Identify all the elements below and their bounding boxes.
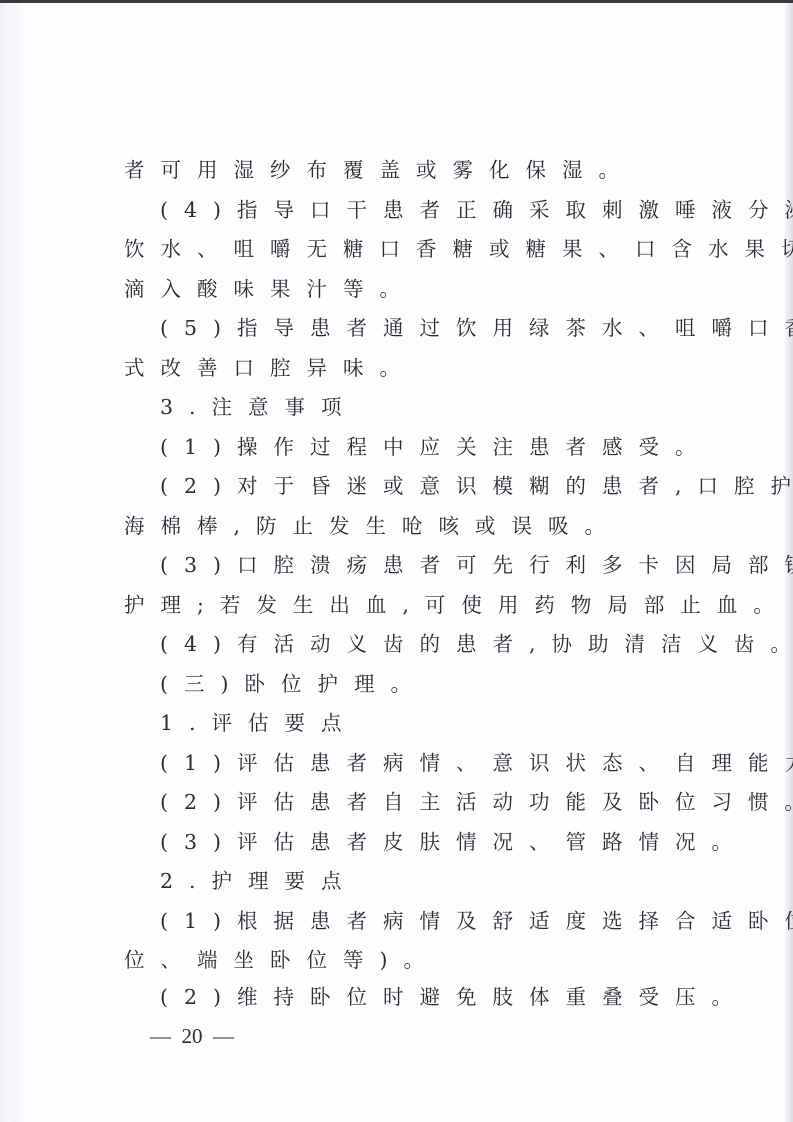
page-number: — 20 — [150, 1021, 234, 1051]
text-line-assessment-3: (3)评估患者皮肤情况、管路情况。 [160, 827, 760, 857]
text-line-item-4: (4)指导口干患者正确采取刺激唾液分泌的措施,如少量多次 [160, 195, 760, 225]
text-line-note-3: (3)口腔溃疡患者可先行利多卡因局部镇痛处理后再行口腔 [160, 550, 760, 580]
section-heading-assessment: 1.评估要点 [160, 708, 760, 738]
text-line-assessment-2: (2)评估患者自主活动功能及卧位习惯。 [160, 787, 760, 817]
section-heading-notes: 3.注意事项 [160, 392, 760, 422]
text-line-note-4: (4)有活动义齿的患者,协助清洁义齿。 [160, 629, 760, 659]
text-line-care-2: (2)维持卧位时避免肢体重叠受压。 [160, 982, 760, 1012]
document-page: 者可用湿纱布覆盖或雾化保湿。 (4)指导口干患者正确采取刺激唾液分泌的措施,如少… [0, 0, 793, 1122]
text-line: 饮水、咀嚼无糖口香糖或糖果、口含水果切片或维生素含片、口中 [124, 234, 724, 264]
text-line-note-1: (1)操作过程中应关注患者感受。 [160, 432, 760, 462]
text-line: 海棉棒,防止发生呛咳或误吸。 [124, 511, 724, 541]
text-line: 滴入酸味果汁等。 [124, 274, 724, 304]
text-line-assessment-1: (1)评估患者病情、意识状态、自理能力、配合程度。 [160, 748, 760, 778]
text-line: 护理;若发生出血,可使用药物局部止血。 [124, 590, 724, 620]
section-heading-positioning-care: (三)卧位护理。 [160, 669, 760, 699]
text-line: 式改善口腔异味。 [124, 353, 724, 383]
text-line-item-5: (5)指导患者通过饮用绿茶水、咀嚼口香糖、使用漱口液等方 [160, 313, 760, 343]
text-line-care-1: (1)根据患者病情及舒适度选择合适卧位(如平卧位、半坐卧 [160, 906, 760, 936]
text-line: 位、端坐卧位等)。 [124, 945, 724, 975]
text-line-note-2: (2)对于昏迷或意识模糊的患者,口腔护理时不宜使用过湿的 [160, 471, 760, 501]
section-heading-care-points: 2.护理要点 [160, 866, 760, 896]
text-line-continuation: 者可用湿纱布覆盖或雾化保湿。 [124, 155, 724, 185]
